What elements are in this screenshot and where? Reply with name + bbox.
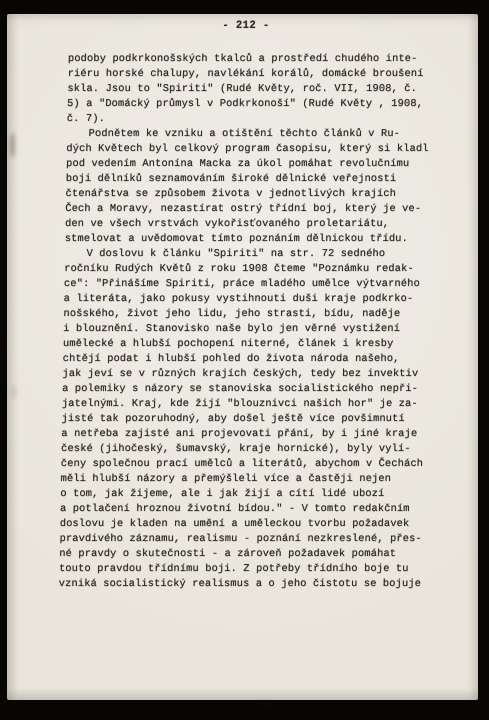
text-line: pod vedením Antonína Macka za úkol pomáh… — [66, 157, 446, 172]
text-line: Čech a Moravy, nezastírat ostrý třídní b… — [65, 202, 445, 217]
text-line: měli hlubší názory a přemýšleli více a č… — [60, 472, 440, 487]
text-line: Podnětem ke vzniku a otištění těchto člá… — [66, 127, 446, 142]
text-block: podoby podkrkonošských tkalců a prostřed… — [59, 52, 448, 592]
scan-smudge — [10, 132, 15, 158]
text-line: podoby podkrkonošských tkalců a prostřed… — [68, 52, 448, 67]
text-line: vzniká socialistický realismus a o jeho … — [59, 577, 439, 592]
scanned-book-page: { "page": { "number_label": "- 212 -" },… — [0, 0, 489, 720]
text-line: o tom, jak žijeme, ale i jak žijí a cítí… — [60, 487, 440, 502]
text-line: skla. Jsou to "Spiriti" (Rudé Květy, roč… — [67, 82, 447, 97]
text-line: a literáta, jako pokusy vystihnouti duši… — [64, 292, 444, 307]
text-line: stmelovat a uvědomovat tímto poznáním dě… — [65, 232, 445, 247]
paragraph: Podnětem ke vzniku a otištění těchto člá… — [65, 127, 447, 247]
text-line: touto pravdou třídnímu boji. Z potřeby t… — [59, 562, 439, 577]
text-line: pravdivého záznamu, realismu - poznání n… — [59, 532, 439, 547]
text-line: jatelnými. Kraj, kde žijí "blouznivci na… — [62, 397, 442, 412]
text-line: české (jihočeský, šumavský, kraje hornic… — [61, 442, 441, 457]
text-line: 5) a "Domácký průmysl v Podkrkonoší" (Ru… — [67, 97, 447, 112]
text-line: i blouznění. Stanovisko naše bylo jen vě… — [63, 322, 443, 337]
text-line: V doslovu k článku "Spiriti" na str. 72 … — [64, 247, 444, 262]
text-line: umělecké a hlubší pochopení niterné, člá… — [63, 337, 443, 352]
text-line: a netřeba zajisté ani projevovati přání,… — [61, 427, 441, 442]
scan-smudge — [259, 702, 273, 706]
text-line: ce": "Přinášíme Spiriti, práce mladého u… — [64, 277, 444, 292]
text-line: a potlačení hroznou životní bídou." - V … — [60, 502, 440, 517]
text-line: riéru horské chalupy, navlékání korálů, … — [67, 67, 447, 82]
text-line: čeny společnou prací umělců a literátů, … — [61, 457, 441, 472]
paragraph: V doslovu k článku "Spiriti" na str. 72 … — [59, 247, 445, 592]
text-line: dých Květech byl celkový program časopis… — [66, 142, 446, 157]
paragraph: podoby podkrkonošských tkalců a prostřed… — [67, 52, 448, 127]
text-line: né pravdy o skutečnosti - a zároveň poža… — [59, 547, 439, 562]
text-line: boji dělníků seznamováním široké dělnick… — [66, 172, 446, 187]
text-line: jak jeví se v různých krajích českých, t… — [62, 367, 442, 382]
text-line: doslovu je kladen na umění a uměleckou t… — [60, 517, 440, 532]
text-line: a polemiky s názory se stanoviska social… — [62, 382, 442, 397]
text-line: ročníku Rudých Květů z roku 1908 čteme "… — [64, 262, 444, 277]
paper-page: - 212 - podoby podkrkonošských tkalců a … — [7, 14, 478, 700]
text-line: nošského, život jeho lidu, jeho strasti,… — [63, 307, 443, 322]
page-number: - 212 - — [211, 20, 281, 32]
text-line: chtějí podat i hlubší pohled do života n… — [63, 352, 443, 367]
text-line: čtenářstva se způsobem života v jednotli… — [65, 187, 445, 202]
text-line: č. 7). — [67, 112, 447, 127]
text-line: jisté tak pozoruhodný, aby došel ještě v… — [61, 412, 441, 427]
scan-smudge — [12, 386, 16, 398]
text-line: den ve všech vrstvách vykořisťovaného pr… — [65, 217, 445, 232]
